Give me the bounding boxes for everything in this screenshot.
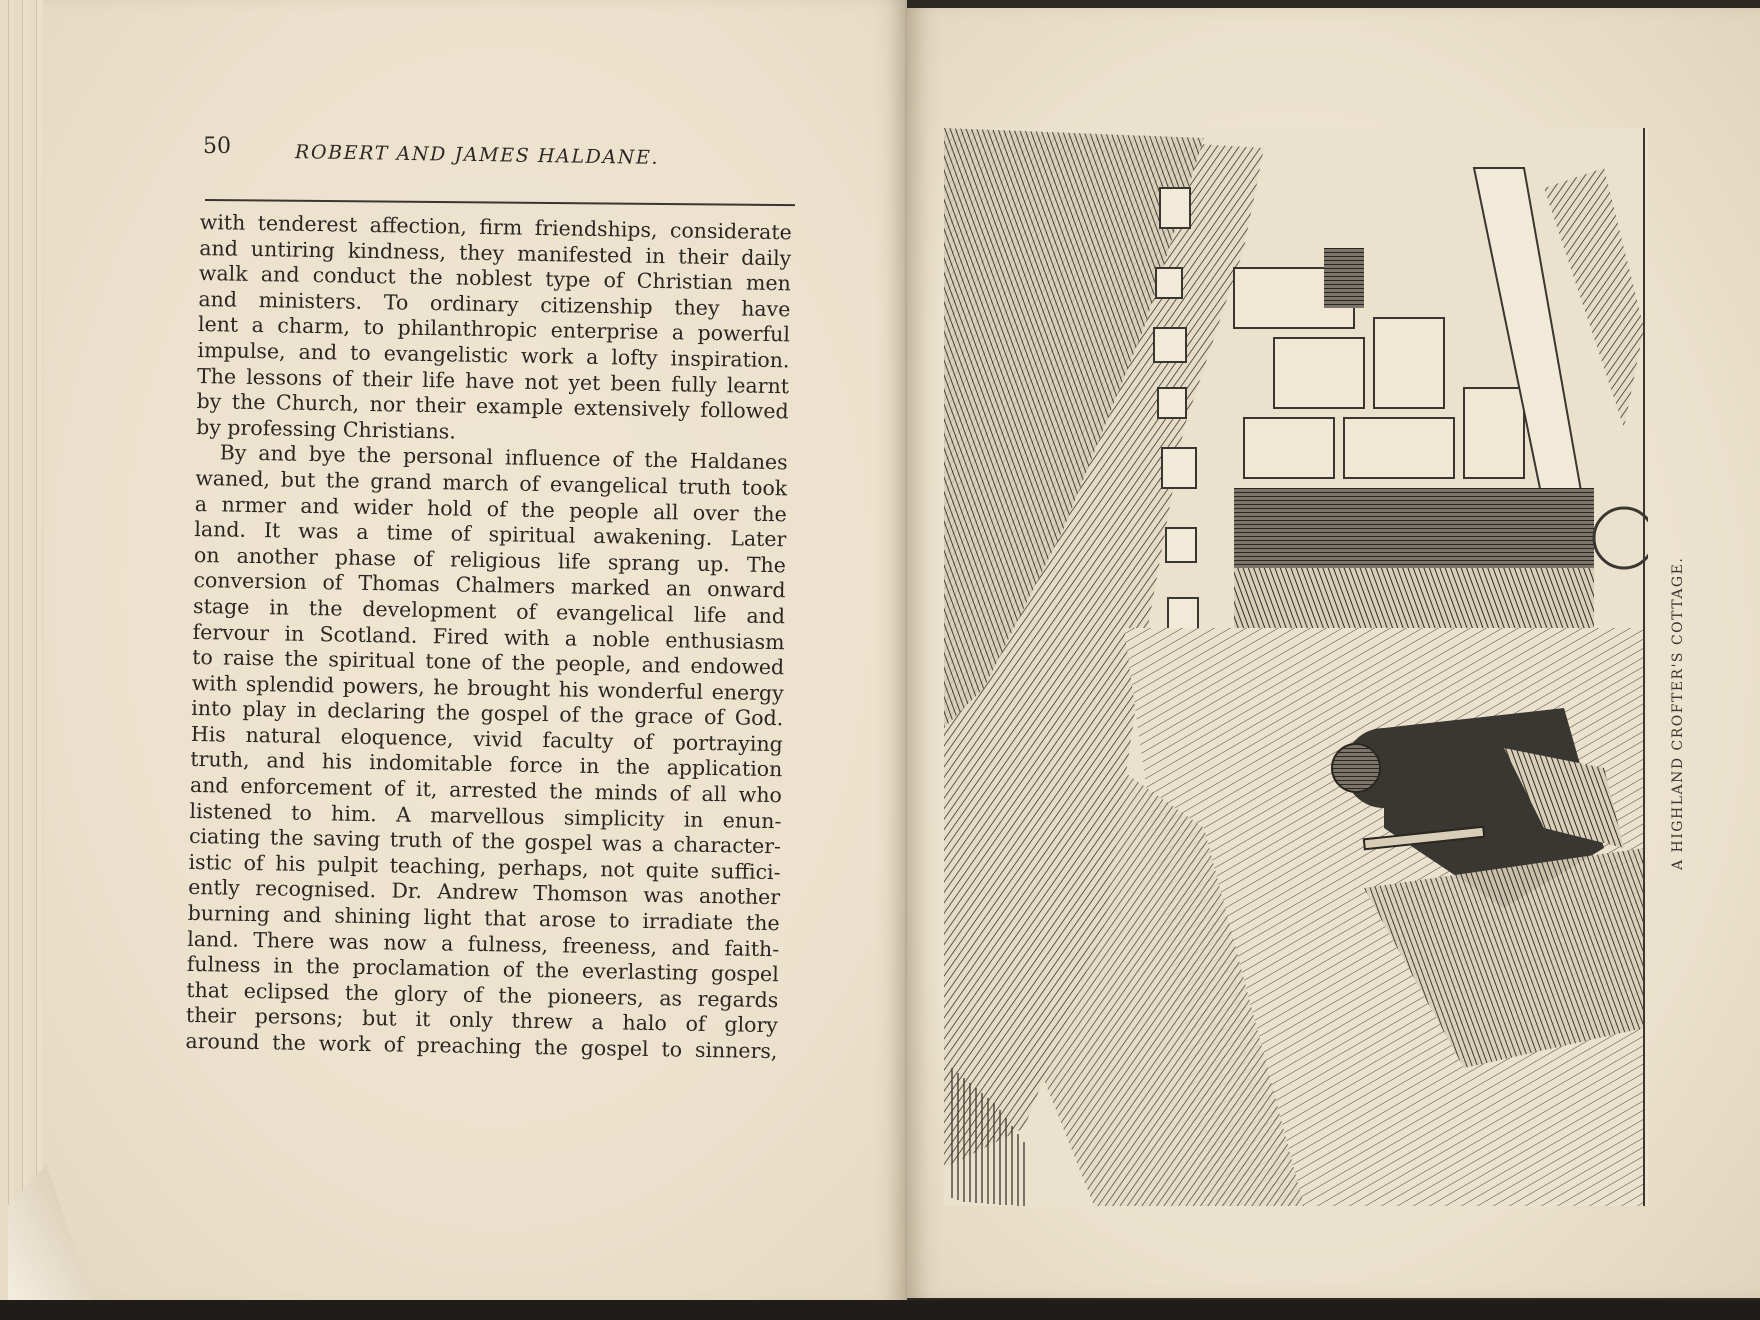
illustration-caption: A HIGHLAND CROFTER'S COTTAGE. bbox=[1670, 530, 1694, 870]
left-page: 50 ROBERT AND JAMES HALDANE. with tender… bbox=[0, 0, 907, 1305]
page-edge-stack bbox=[0, 0, 44, 1300]
running-head-title: ROBERT AND JAMES HALDANE. bbox=[295, 141, 659, 169]
page-number: 50 bbox=[203, 134, 231, 159]
book-bottom-edge bbox=[0, 1300, 1760, 1320]
engraving-illustration bbox=[944, 128, 1648, 1206]
running-head: 50 ROBERT AND JAMES HALDANE. bbox=[203, 130, 803, 170]
open-book-spread: 50 ROBERT AND JAMES HALDANE. with tender… bbox=[0, 0, 1760, 1320]
header-rule bbox=[205, 199, 795, 206]
body-text: with tenderest affection, firm friendshi… bbox=[185, 210, 792, 1065]
